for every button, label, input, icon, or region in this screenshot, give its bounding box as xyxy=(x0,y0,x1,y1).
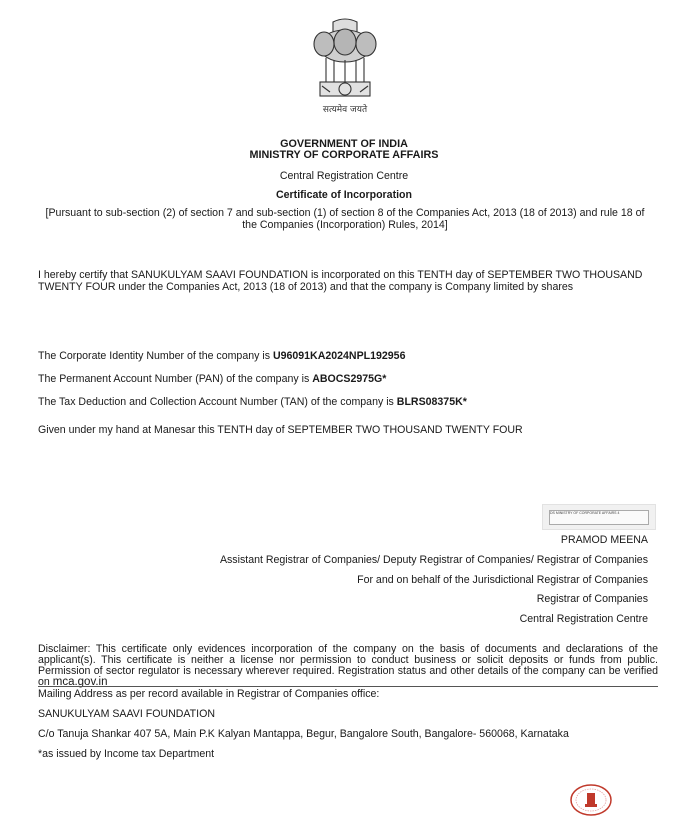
footer-divider xyxy=(38,686,658,687)
given-under-hand: Given under my hand at Manesar this TENT… xyxy=(38,425,658,437)
cin-line: The Corporate Identity Number of the com… xyxy=(38,351,658,363)
svg-text:सत्यमेव जयते: सत्यमेव जयते xyxy=(323,103,368,115)
mca-seal-icon xyxy=(569,783,613,817)
pan-label: The Permanent Account Number (PAN) of th… xyxy=(38,373,312,385)
mailing-company-name: SANUKULYAM SAAVI FOUNDATION xyxy=(38,709,658,721)
pan-tan-note: *as issued by Income tax Department xyxy=(38,749,658,761)
certify-paragraph: I hereby certify that SANUKULYAM SAAVI F… xyxy=(38,270,658,293)
signature-centre: Central Registration Centre xyxy=(520,613,648,625)
pan-value: ABOCS2975G* xyxy=(312,373,386,385)
cin-value: U96091KA2024NPL192956 xyxy=(273,350,406,362)
signatory-name: PRAMOD MEENA xyxy=(561,534,648,546)
cin-label: The Corporate Identity Number of the com… xyxy=(38,350,273,362)
tan-line: The Tax Deduction and Collection Account… xyxy=(38,397,658,409)
registrar-text: Registrar of Companies xyxy=(537,593,648,605)
signature-stamp-text: DS MINISTRY OF CORPORATE AFFAIRS 4 xyxy=(549,510,649,525)
tan-label: The Tax Deduction and Collection Account… xyxy=(38,396,397,408)
national-emblem-icon: सत्यमेव जयते xyxy=(300,14,390,122)
mailing-label: Mailing Address as per record available … xyxy=(38,689,658,701)
digital-signature-stamp: DS MINISTRY OF CORPORATE AFFAIRS 4 xyxy=(542,504,656,530)
pan-line: The Permanent Account Number (PAN) of th… xyxy=(38,374,658,386)
signatory-designation: Assistant Registrar of Companies/ Deputy… xyxy=(220,554,648,566)
disclaimer-text: Disclaimer: This certificate only eviden… xyxy=(38,644,658,688)
certificate-title: Certificate of Incorporation xyxy=(0,189,688,201)
ministry-title: MINISTRY OF CORPORATE AFFAIRS xyxy=(0,150,688,161)
disclaimer-body: Disclaimer: This certificate only eviden… xyxy=(38,643,658,688)
registration-centre: Central Registration Centre xyxy=(0,170,688,182)
pursuant-text: [Pursuant to sub-section (2) of section … xyxy=(40,208,650,231)
on-behalf-text: For and on behalf of the Jurisdictional … xyxy=(357,574,648,586)
mailing-address: C/o Tanuja Shankar 407 5A, Main P.K Kaly… xyxy=(38,729,658,741)
tan-value: BLRS08375K* xyxy=(397,396,467,408)
